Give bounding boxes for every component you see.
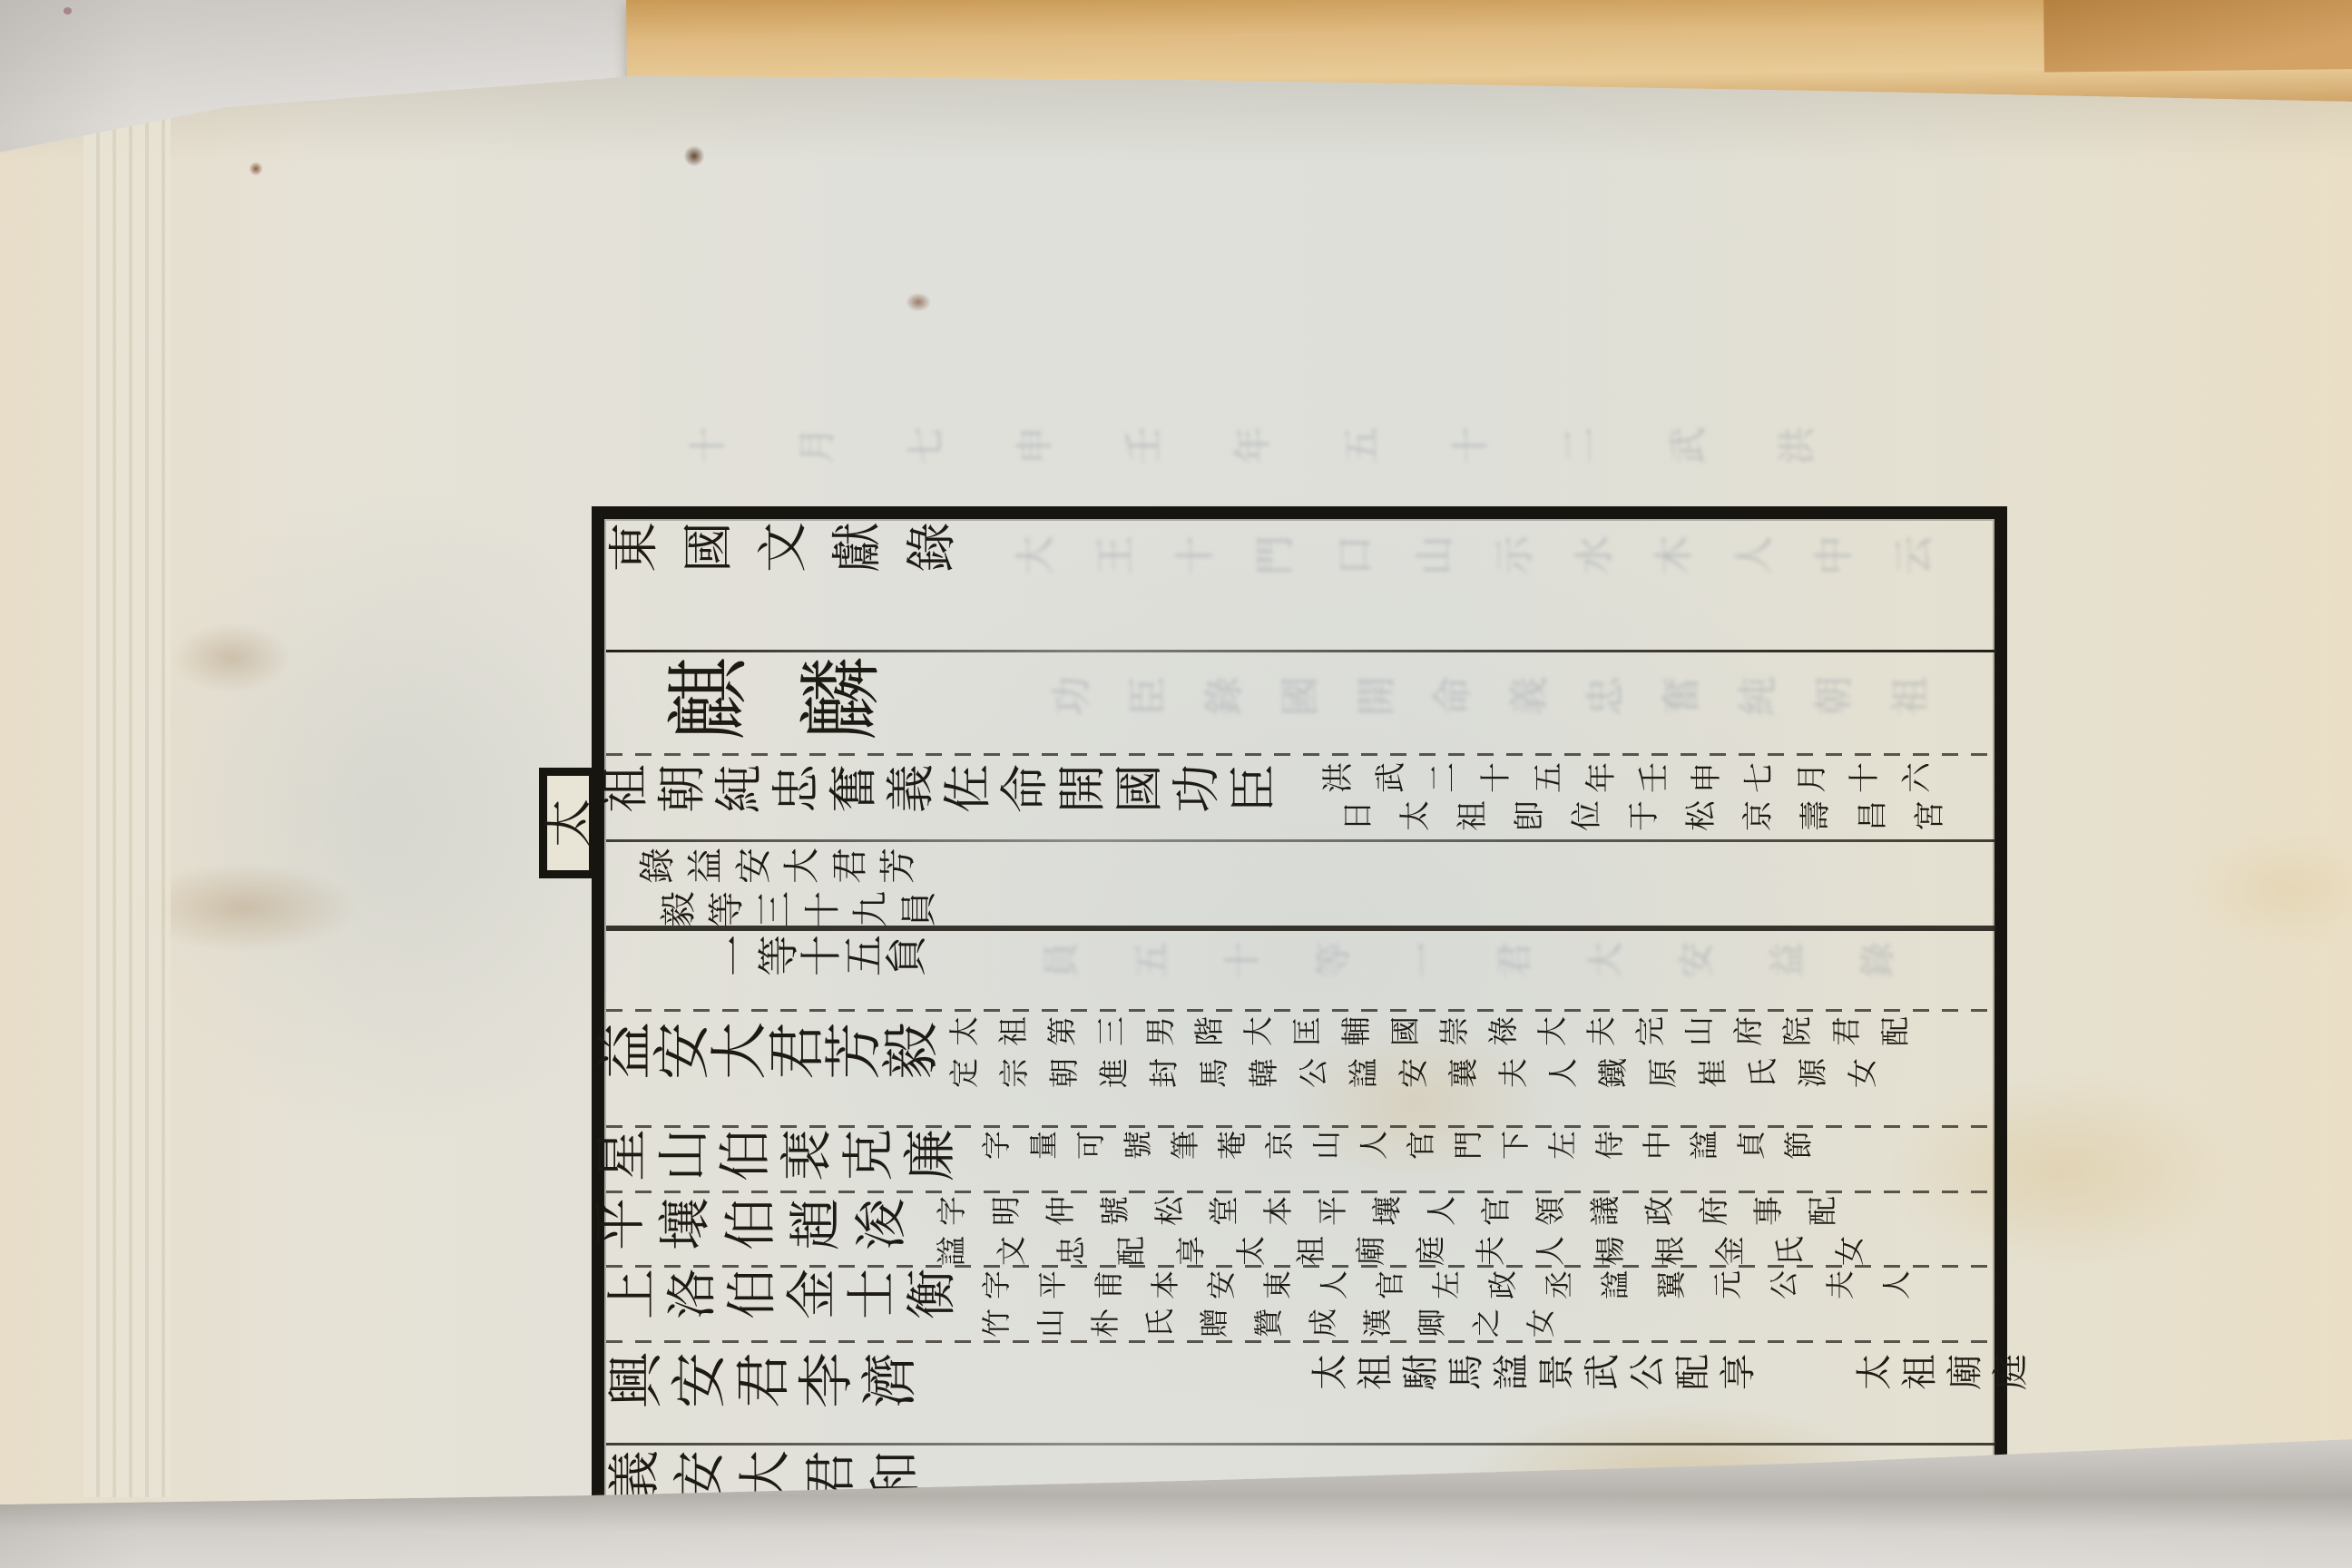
glyph: 命 <box>1434 676 1474 716</box>
glyph: 平 <box>1038 1270 1067 1299</box>
entry-4-note-line2: 竹山朴氏贈贊成漢卿之女 <box>982 1308 1581 1338</box>
glyph: 克 <box>842 1129 895 1181</box>
bleedthrough-ghost-text: 大王十門口山示水木人中云 <box>1016 535 1975 575</box>
enthronement-note-line1: 洪武二十五年壬申七月十六 <box>1323 762 1955 793</box>
glyph: 崇 <box>1439 1016 1469 1046</box>
glyph: 義 <box>1510 676 1550 716</box>
glyph: 位 <box>1572 800 1602 831</box>
glyph: 景 <box>1539 1354 1575 1390</box>
glyph: 山 <box>1684 1016 1714 1046</box>
glyph: 文 <box>759 522 809 573</box>
glyph: 大 <box>1243 1016 1273 1046</box>
glyph: 壤 <box>659 1198 711 1250</box>
glyph: 宮 <box>1915 800 1945 831</box>
roster-summary-line1: 錄益安大君芳 <box>640 848 928 884</box>
column-divider <box>606 1009 1996 1012</box>
glyph: 氏 <box>1775 1236 1805 1266</box>
glyph: 人 <box>1882 1270 1911 1299</box>
glyph: 夫 <box>1475 1236 1505 1266</box>
glyph <box>1766 1354 1802 1390</box>
glyph: 君 <box>769 1022 827 1080</box>
glyph: 六 <box>1902 762 1933 793</box>
glyph: 洛 <box>668 1269 719 1319</box>
glyph: 人 <box>1426 1196 1456 1226</box>
glyph: 安 <box>1398 1058 1428 1088</box>
glyph: 忠 <box>1586 676 1626 716</box>
glyph: 命 <box>1001 764 1050 813</box>
page-clip: 東國文獻錄麒麟太祖朝純忠奮義佐命開國功臣洪武二十五年壬申七月十六日太祖卽位于松京… <box>0 0 2352 1568</box>
glyph: 成 <box>1308 1308 1338 1338</box>
glyph: 東 <box>610 522 661 573</box>
glyph: 十 <box>800 935 842 976</box>
glyph: 公 <box>1769 1270 1798 1299</box>
glyph: 員 <box>1044 942 1080 978</box>
glyph: 根 <box>1655 1236 1685 1266</box>
enthronement-note-line2: 日太祖卽位于松京壽昌宮 <box>1343 800 1972 831</box>
entry-2-note-line1: 字量可號筆菴京山人官門下左侍中諡貞節 <box>982 1131 1831 1160</box>
glyph: 配 <box>1880 1016 1910 1046</box>
glyph: 第 <box>1047 1016 1077 1046</box>
glyph: 松 <box>1154 1196 1184 1226</box>
glyph: 馬 <box>1199 1058 1229 1088</box>
glyph: 興 <box>608 1352 664 1408</box>
glyph: 功 <box>1053 676 1093 716</box>
glyph: 元 <box>1713 1270 1742 1299</box>
glyph: 十 <box>1452 426 1490 465</box>
glyph: 廟 <box>1947 1354 1984 1390</box>
glyph: 國 <box>1390 1016 1420 1046</box>
dust-speck <box>64 7 72 15</box>
column-divider <box>606 650 1996 652</box>
glyph: 號 <box>1123 1131 1152 1160</box>
glyph: 庭 <box>1993 1354 2029 1390</box>
glyph: 太 <box>544 799 593 848</box>
glyph: 一 <box>1406 942 1443 978</box>
glyph: 麟 <box>800 657 884 740</box>
glyph: 趙 <box>789 1198 842 1250</box>
book-cover-corner <box>2043 0 2352 73</box>
glyph: 日 <box>1343 800 1374 831</box>
glyph: 李 <box>799 1352 855 1408</box>
column-divider <box>606 753 1996 756</box>
glyph: 進 <box>1099 1058 1129 1088</box>
glyph: 宗 <box>999 1058 1029 1088</box>
glyph: 贈 <box>1200 1308 1229 1338</box>
glyph: 麒 <box>668 657 751 740</box>
glyph: 臣 <box>1230 764 1279 813</box>
glyph: 壬 <box>1639 762 1670 793</box>
glyph: 之 <box>1472 1308 1501 1338</box>
glyph: 二 <box>1428 762 1459 793</box>
glyph: 一 <box>715 935 757 976</box>
page-stack-edges <box>83 118 171 1497</box>
glyph: 崔 <box>1698 1058 1728 1088</box>
glyph: 號 <box>1100 1196 1130 1226</box>
glyph: 月 <box>799 426 837 465</box>
glyph: 祖 <box>998 1016 1028 1046</box>
glyph: 筆 <box>1171 1131 1200 1160</box>
glyph: 年 <box>1234 426 1272 465</box>
column-divider <box>606 1191 1996 1193</box>
glyph: 明 <box>991 1196 1021 1226</box>
glyph: 安 <box>1679 942 1715 978</box>
glyph: 十 <box>690 426 728 465</box>
glyph: 開 <box>1058 764 1107 813</box>
glyph: 贊 <box>1254 1308 1283 1338</box>
entry-name-1: 益安大君芳毅 <box>597 1022 940 1080</box>
glyph: 伯 <box>728 1269 779 1319</box>
glyph: 安 <box>1207 1270 1236 1299</box>
glyph: 武 <box>1670 426 1708 465</box>
glyph: 君 <box>1831 1016 1861 1046</box>
glyph: 中 <box>1642 1131 1671 1160</box>
glyph: 氏 <box>1748 1058 1778 1088</box>
glyph: 朝 <box>1049 1058 1079 1088</box>
glyph <box>1811 1354 1847 1390</box>
entry-1-note-line1: 太祖第三男階大匡輔國崇祿大夫完山府院君配 <box>949 1016 1929 1046</box>
glyph: 等 <box>1316 942 1352 978</box>
glyph: 太 <box>949 1016 979 1046</box>
title-column: 東國文獻錄 <box>610 522 982 573</box>
glyph: 京 <box>1265 1131 1294 1160</box>
glyph: 輔 <box>1341 1016 1371 1046</box>
glyph: 芳 <box>826 1022 884 1080</box>
glyph: 佐 <box>944 764 993 813</box>
glyph: 安 <box>671 1352 728 1408</box>
glyph: 卿 <box>1417 1308 1446 1338</box>
glyph: 翼 <box>1657 1270 1686 1299</box>
glyph: 木 <box>1655 535 1695 575</box>
glyph: 君 <box>832 848 868 884</box>
glyph: 庭 <box>1416 1236 1445 1266</box>
glyph: 人 <box>1535 1236 1565 1266</box>
section-heading-kirin: 麒麟 <box>668 657 933 740</box>
glyph: 完 <box>1635 1016 1665 1046</box>
glyph: 君 <box>735 1352 791 1408</box>
glyph: 諡 <box>936 1236 966 1266</box>
glyph: 大 <box>1016 535 1056 575</box>
photo-stage: 東國文獻錄麒麟太祖朝純忠奮義佐命開國功臣洪武二十五年壬申七月十六日太祖卽位于松京… <box>0 0 2352 1568</box>
glyph: 朝 <box>658 764 707 813</box>
column-divider <box>606 1443 1996 1445</box>
glyph: 益 <box>1769 942 1806 978</box>
glyph: 水 <box>1575 535 1615 575</box>
glyph: 節 <box>1784 1131 1813 1160</box>
glyph: 諡 <box>1348 1058 1378 1088</box>
entry-name-5: 興安君李濟 <box>608 1352 926 1408</box>
glyph: 祖 <box>1902 1354 1938 1390</box>
glyph: 本 <box>1151 1270 1180 1299</box>
glyph: 獻 <box>833 522 884 573</box>
glyph: 官 <box>1376 1270 1405 1299</box>
column-divider <box>606 1340 1996 1343</box>
glyph: 東 <box>1263 1270 1292 1299</box>
glyph: 貞 <box>1737 1131 1766 1160</box>
glyph: 量 <box>1029 1131 1058 1160</box>
glyph: 壽 <box>1800 800 1831 831</box>
glyph: 府 <box>1733 1016 1763 1046</box>
glyph: 堂 <box>1209 1196 1239 1226</box>
glyph: 可 <box>1076 1131 1105 1160</box>
reign-heading: 祖朝純忠奮義佐命開國功臣 <box>601 764 1287 813</box>
glyph: 國 <box>684 522 735 573</box>
glyph: 等 <box>758 935 799 976</box>
glyph: 事 <box>1753 1196 1783 1226</box>
glyph: 中 <box>1815 535 1855 575</box>
glyph: 太 <box>1857 1354 1893 1390</box>
glyph: 十 <box>1849 762 1880 793</box>
glyph: 五 <box>1134 942 1171 978</box>
bleedthrough-ghost-text: 十月七申壬年五十二武洪 <box>690 426 1887 465</box>
glyph: 月 <box>1797 762 1828 793</box>
glyph: 裵 <box>780 1129 833 1181</box>
glyph: 安 <box>654 1022 712 1080</box>
glyph: 朴 <box>1091 1308 1120 1338</box>
glyph: 申 <box>1016 426 1054 465</box>
entry-1-note-line2: 定宗朝進封馬韓公諡安襄夫人鐵原崔氏源女 <box>949 1058 1897 1088</box>
glyph: 平 <box>593 1198 646 1250</box>
glyph: 夫 <box>1498 1058 1528 1088</box>
glyph: 左 <box>1432 1270 1461 1299</box>
glyph: 祖 <box>1357 1354 1394 1390</box>
column-divider <box>606 839 1996 842</box>
glyph: 人 <box>1319 1270 1348 1299</box>
glyph: 太 <box>1400 800 1431 831</box>
glyph: 馬 <box>1448 1354 1485 1390</box>
glyph: 階 <box>1194 1016 1224 1046</box>
glyph: 夫 <box>1586 1016 1616 1046</box>
glyph: 祖 <box>1891 676 1931 716</box>
glyph: 卽 <box>1514 800 1545 831</box>
glyph: 貟 <box>886 935 927 976</box>
glyph: 二 <box>1561 426 1599 465</box>
glyph: 國 <box>1281 676 1321 716</box>
glyph: 女 <box>1526 1308 1555 1338</box>
glyph: 朝 <box>1815 676 1855 716</box>
glyph: 示 <box>1495 535 1535 575</box>
glyph: 士 <box>848 1269 898 1319</box>
glyph: 君 <box>1497 942 1534 978</box>
glyph: 氏 <box>1145 1308 1174 1338</box>
glyph: 七 <box>1744 762 1775 793</box>
glyph: 院 <box>1782 1016 1812 1046</box>
glyph: 五 <box>843 935 885 976</box>
glyph: 金 <box>788 1269 838 1319</box>
glyph: 府 <box>1699 1196 1729 1226</box>
glyph: 錄 <box>907 522 958 573</box>
glyph: 壤 <box>1372 1196 1402 1226</box>
glyph: 字 <box>982 1131 1011 1160</box>
glyph: 諡 <box>1494 1354 1530 1390</box>
glyph: 下 <box>1501 1131 1530 1160</box>
glyph: 女 <box>1847 1058 1877 1088</box>
glyph: 云 <box>1895 535 1935 575</box>
glyph: 侍 <box>1595 1131 1624 1160</box>
glyph: 人 <box>1359 1131 1388 1160</box>
glyph: 配 <box>1116 1236 1146 1266</box>
glyph: 配 <box>1675 1354 1711 1390</box>
bleedthrough-ghost-text: 功臣錄國開命義忠奮純朝祖 <box>1053 676 1967 716</box>
glyph: 字 <box>936 1196 966 1226</box>
glyph: 字 <box>982 1270 1011 1299</box>
glyph: 大 <box>784 848 820 884</box>
glyph: 洪 <box>1323 762 1354 793</box>
entry-3-note-line1: 字明仲號松堂本平壤人官領議政府事配 <box>936 1196 1862 1226</box>
entry-4-note-line1: 字平甫本安東人官左政丞諡翼元公夫人 <box>982 1270 1938 1299</box>
glyph: 等 <box>709 891 745 927</box>
glyph: 衡 <box>907 1269 958 1319</box>
glyph: 甫 <box>1094 1270 1123 1299</box>
glyph: 夫 <box>1826 1270 1855 1299</box>
entry-5-note-line1: 太祖駙馬諡景武公配享 太祖廟庭 <box>1312 1354 2038 1390</box>
glyph: 楊 <box>1595 1236 1625 1266</box>
glyph: 諡 <box>1690 1131 1719 1160</box>
glyph: 武 <box>1376 762 1406 793</box>
glyph: 國 <box>1115 764 1164 813</box>
entry-name-4: 上洛伯金士衡 <box>608 1269 967 1319</box>
glyph: 菴 <box>1218 1131 1247 1160</box>
glyph: 封 <box>1149 1058 1179 1088</box>
glyph: 定 <box>949 1058 979 1088</box>
glyph: 十 <box>1176 535 1216 575</box>
glyph: 祖 <box>1457 800 1488 831</box>
glyph: 京 <box>1743 800 1774 831</box>
glyph: 星 <box>595 1129 648 1181</box>
glyph: 竹 <box>982 1308 1011 1338</box>
glyph: 十 <box>1225 942 1261 978</box>
glyph: 三 <box>757 891 793 927</box>
glyph: 諡 <box>1601 1270 1630 1299</box>
glyph: 十 <box>1481 762 1512 793</box>
glyph: 松 <box>1686 800 1717 831</box>
glyph: 人 <box>1548 1058 1578 1088</box>
roster-summary-line2: 毅等三十九員 <box>661 891 949 927</box>
glyph: 壬 <box>1125 426 1163 465</box>
column-divider <box>606 1125 1996 1128</box>
glyph: 太 <box>1236 1236 1266 1266</box>
glyph: 山 <box>657 1129 710 1181</box>
glyph: 七 <box>907 426 946 465</box>
glyph: 山 <box>1416 535 1455 575</box>
glyph: 十 <box>805 891 841 927</box>
glyph: 純 <box>1739 676 1779 716</box>
glyph: 左 <box>1548 1131 1577 1160</box>
glyph: 浚 <box>855 1198 907 1250</box>
glyph: 三 <box>1096 1016 1126 1046</box>
glyph: 享 <box>1176 1236 1206 1266</box>
glyph: 領 <box>1535 1196 1565 1226</box>
glyph: 漢 <box>1363 1308 1392 1338</box>
glyph: 五 <box>1343 426 1381 465</box>
glyph: 義 <box>887 764 936 813</box>
glyph: 開 <box>1357 676 1397 716</box>
glyph: 毅 <box>661 891 697 927</box>
glyph: 公 <box>1298 1058 1328 1088</box>
glyph: 官 <box>1481 1196 1511 1226</box>
glyph: 年 <box>1586 762 1617 793</box>
glyph: 洪 <box>1779 426 1817 465</box>
glyph: 金 <box>1715 1236 1745 1266</box>
glyph: 鐵 <box>1598 1058 1628 1088</box>
glyph: 山 <box>1312 1131 1341 1160</box>
entry-name-2: 星山伯裵克廉 <box>595 1129 965 1181</box>
glyph: 祖 <box>601 764 650 813</box>
glyph: 伯 <box>719 1129 771 1181</box>
glyph: 九 <box>853 891 889 927</box>
bleedthrough-ghost-text: 員五十等一君大安益錄 <box>1044 942 1951 978</box>
glyph: 錄 <box>1860 942 1896 978</box>
glyph: 王 <box>1096 535 1136 575</box>
glyph: 申 <box>1691 762 1722 793</box>
glyph: 純 <box>715 764 764 813</box>
glyph: 人 <box>1735 535 1775 575</box>
glyph: 安 <box>736 848 772 884</box>
glyph: 五 <box>1534 762 1564 793</box>
glyph: 益 <box>688 848 724 884</box>
glyph: 芳 <box>880 848 916 884</box>
glyph: 昌 <box>1857 800 1888 831</box>
glyph: 大 <box>1588 942 1624 978</box>
glyph: 祿 <box>1488 1016 1518 1046</box>
glyph: 政 <box>1644 1196 1674 1226</box>
glyph: 文 <box>996 1236 1026 1266</box>
glyph: 山 <box>1036 1308 1065 1338</box>
glyph: 奮 <box>1662 676 1702 716</box>
glyph: 韓 <box>1249 1058 1279 1088</box>
glyph: 廉 <box>904 1129 956 1181</box>
glyph: 襄 <box>1448 1058 1478 1088</box>
reign-tab-character: 太 <box>544 799 593 848</box>
grade-header: 一等十五貟 <box>715 935 928 976</box>
glyph: 上 <box>608 1269 659 1319</box>
glyph: 口 <box>1336 535 1376 575</box>
glyph: 忠 <box>772 764 821 813</box>
glyph: 祖 <box>1296 1236 1326 1266</box>
glyph: 大 <box>1537 1016 1567 1046</box>
glyph: 政 <box>1488 1270 1517 1299</box>
glyph: 太 <box>1312 1354 1348 1390</box>
glyph: 員 <box>901 891 937 927</box>
glyph: 武 <box>1584 1354 1621 1390</box>
glyph: 伯 <box>724 1198 777 1250</box>
glyph: 忠 <box>1056 1236 1086 1266</box>
glyph: 功 <box>1172 764 1221 813</box>
glyph: 享 <box>1720 1354 1757 1390</box>
glyph: 丞 <box>1544 1270 1573 1299</box>
glyph: 議 <box>1590 1196 1620 1226</box>
glyph: 源 <box>1798 1058 1828 1088</box>
glyph: 濟 <box>862 1352 918 1408</box>
glyph: 公 <box>1630 1354 1666 1390</box>
glyph: 原 <box>1648 1058 1678 1088</box>
glyph: 于 <box>1629 800 1660 831</box>
glyph: 配 <box>1808 1196 1837 1226</box>
glyph: 大 <box>711 1022 769 1080</box>
glyph: 益 <box>597 1022 655 1080</box>
glyph: 臣 <box>1129 676 1169 716</box>
glyph: 門 <box>1454 1131 1483 1160</box>
glyph: 廟 <box>1356 1236 1386 1266</box>
glyph: 駙 <box>1403 1354 1439 1390</box>
glyph: 毅 <box>883 1022 941 1080</box>
glyph: 男 <box>1145 1016 1175 1046</box>
glyph: 錄 <box>640 848 676 884</box>
glyph: 女 <box>1835 1236 1865 1266</box>
glyph: 本 <box>1263 1196 1293 1226</box>
glyph: 仲 <box>1045 1196 1075 1226</box>
entry-3-note-line2: 諡文忠配享太祖廟庭夫人楊根金氏女 <box>936 1236 1895 1266</box>
glyph: 匡 <box>1292 1016 1322 1046</box>
